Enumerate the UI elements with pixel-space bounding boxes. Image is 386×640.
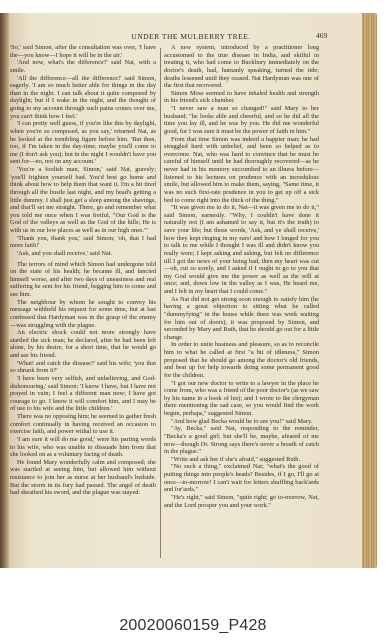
paragraph: 'You're a foolish man, Simon,' said Nat,… xyxy=(10,166,156,235)
scan-identifier-caption: 20020060159_P428 xyxy=(0,617,386,635)
running-head: UNDER THE MULBERRY TREE. xyxy=(96,32,286,41)
paragraph: 'I have been very selfish, and unbelievi… xyxy=(10,375,156,413)
page-number: 469 xyxy=(316,31,327,40)
paragraph: "And how glad Becka would be to see you!… xyxy=(164,418,319,426)
paragraph: 'All the difference—all the difference!'… xyxy=(10,75,156,121)
paragraph: 'Thank you, thank you,' said Simon; 'oh,… xyxy=(10,235,156,250)
paragraph: 'Ask, and you shall receive,' said Nat. xyxy=(10,250,156,258)
paragraph: "He's right," said Simon, "quite right; … xyxy=(164,494,319,509)
paragraph: The terrors of mind which Simon had unde… xyxy=(10,261,156,299)
paragraph: Simon Moss seemed to have inhaled health… xyxy=(164,90,319,105)
paragraph: "Ay, Becka," said Nat, responding to the… xyxy=(164,425,319,456)
paragraph: "Write and ask her if she's afraid," sug… xyxy=(164,456,319,464)
paragraph: From that time Simon was indeed a happie… xyxy=(164,136,319,205)
paragraph: 'So,' said Simon, after the consultation… xyxy=(10,44,156,59)
paragraph: "It was given me to do it, Nat—it was gi… xyxy=(164,204,319,296)
paragraph: "I got our new doctor to write to a lawy… xyxy=(164,380,319,418)
paragraph: 'I am sure it will do me good,' were his… xyxy=(10,436,156,459)
paragraph: As Nat did not get strong soon enough to… xyxy=(164,296,319,342)
paragraph: There was no opposing him; he seemed to … xyxy=(10,413,156,436)
paragraph: A new system, introduced by a practition… xyxy=(164,44,319,90)
column-rule xyxy=(160,48,161,558)
paragraph: In order to unite business and pleasure,… xyxy=(164,341,319,379)
paragraph: 'I can pretty well guess, if you're like… xyxy=(10,120,156,166)
paragraph: "No such a thing," exclaimed Nat; "what'… xyxy=(164,463,319,494)
left-text-column: 'So,' said Simon, after the consultation… xyxy=(10,44,156,497)
paragraph: The neighbour by whom he sought to conve… xyxy=(10,299,156,330)
paragraph: 'And now, what's the difference?' said N… xyxy=(10,59,156,74)
paragraph: 'What! and catch the disease?' said his … xyxy=(10,360,156,375)
page-fore-edge xyxy=(362,13,377,568)
paragraph: An electric shock could not more strongl… xyxy=(10,329,156,360)
paragraph: He found Mary wonderfully calm and compo… xyxy=(10,459,156,497)
paragraph: "I never saw a man so changed!" said Mar… xyxy=(164,105,319,136)
book-spine-gutter xyxy=(0,13,9,568)
right-text-column: A new system, introduced by a practition… xyxy=(164,44,319,509)
